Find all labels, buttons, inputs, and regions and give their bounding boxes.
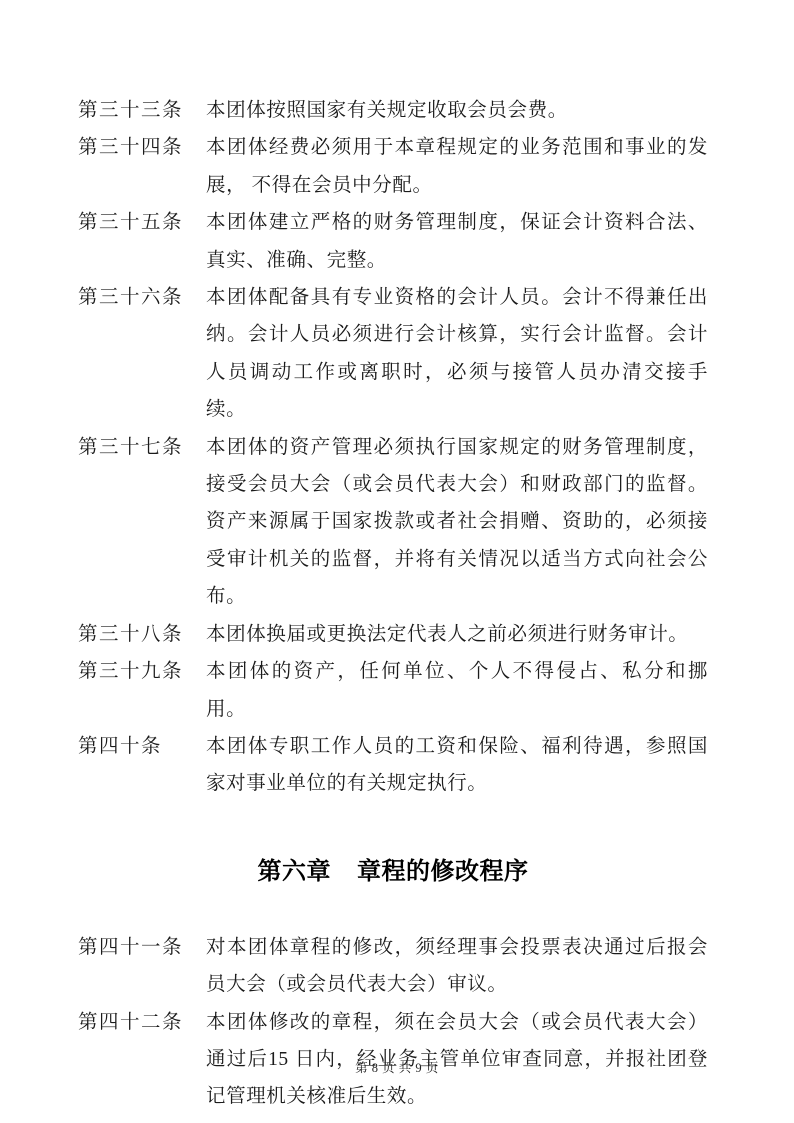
article-text: 本团体的资产，任何单位、个人不得侵占、私分和挪用。	[206, 653, 708, 728]
article-text: 本团体按照国家有关规定收取会员会费。	[206, 92, 708, 129]
article-number: 第三十七条	[78, 429, 206, 466]
document-content: 第三十三条 本团体按照国家有关规定收取会员会费。 第三十四条 本团体经费必须用于…	[78, 92, 708, 1116]
article-row: 第三十三条 本团体按照国家有关规定收取会员会费。	[78, 92, 708, 129]
article-text: 本团体配备具有专业资格的会计人员。会计不得兼任出纳。会计人员必须进行会计核算，实…	[206, 279, 708, 429]
article-number: 第四十一条	[78, 929, 206, 966]
page-footer: 第 8 页 共 9 页	[0, 1059, 794, 1077]
article-text: 对本团体章程的修改，须经理事会投票表决通过后报会员大会（或会员代表大会）审议。	[206, 929, 708, 1004]
article-row: 第三十六条 本团体配备具有专业资格的会计人员。会计不得兼任出纳。会计人员必须进行…	[78, 279, 708, 429]
article-row: 第三十四条 本团体经费必须用于本章程规定的业务范围和事业的发展， 不得在会员中分…	[78, 129, 708, 204]
chapter-number: 第六章	[258, 853, 332, 890]
chapter-heading: 第六章 章程的修改程序	[78, 853, 708, 890]
article-row: 第四十条 本团体专职工作人员的工资和保险、福利待遇，参照国家对事业单位的有关规定…	[78, 728, 708, 803]
article-row: 第三十七条 本团体的资产管理必须执行国家规定的财务管理制度，接受会员大会（或会员…	[78, 429, 708, 616]
document-page: 第三十三条 本团体按照国家有关规定收取会员会费。 第三十四条 本团体经费必须用于…	[0, 0, 794, 1123]
article-number: 第三十五条	[78, 204, 206, 241]
article-number: 第三十四条	[78, 129, 206, 166]
chapter-title: 章程的修改程序	[357, 853, 529, 890]
article-number: 第三十八条	[78, 616, 206, 653]
article-row: 第三十九条 本团体的资产，任何单位、个人不得侵占、私分和挪用。	[78, 653, 708, 728]
article-text: 本团体专职工作人员的工资和保险、福利待遇，参照国家对事业单位的有关规定执行。	[206, 728, 708, 803]
article-row: 第三十八条 本团体换届或更换法定代表人之前必须进行财务审计。	[78, 616, 708, 653]
article-number: 第三十六条	[78, 279, 206, 316]
article-row: 第三十五条 本团体建立严格的财务管理制度，保证会计资料合法、真实、准确、完整。	[78, 204, 708, 279]
article-number: 第三十九条	[78, 653, 206, 690]
article-text: 本团体换届或更换法定代表人之前必须进行财务审计。	[206, 616, 708, 653]
article-row: 第四十一条 对本团体章程的修改，须经理事会投票表决通过后报会员大会（或会员代表大…	[78, 929, 708, 1004]
article-text: 本团体经费必须用于本章程规定的业务范围和事业的发展， 不得在会员中分配。	[206, 129, 708, 204]
article-number: 第四十二条	[78, 1004, 206, 1041]
article-text: 本团体建立严格的财务管理制度，保证会计资料合法、真实、准确、完整。	[206, 204, 708, 279]
article-number: 第四十条	[78, 728, 206, 765]
article-number: 第三十三条	[78, 92, 206, 129]
article-text: 本团体的资产管理必须执行国家规定的财务管理制度，接受会员大会（或会员代表大会）和…	[206, 429, 708, 616]
